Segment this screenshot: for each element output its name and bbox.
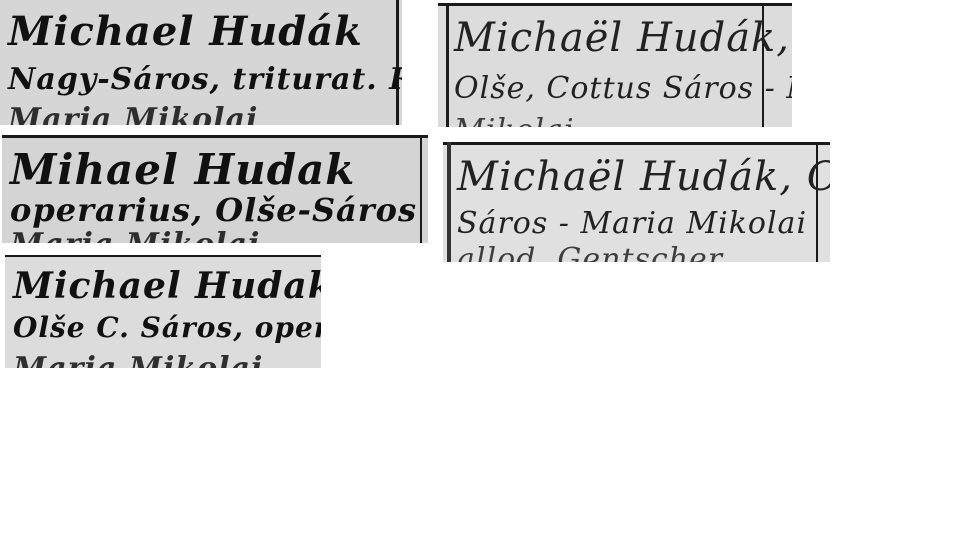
table-rule — [2, 135, 428, 138]
name-line: Michael Hudák — [8, 8, 363, 55]
place-line: Nagy-Sáros, triturat. Re — [8, 62, 402, 97]
table-rule — [443, 142, 830, 145]
partial-line: Maria Mikolai — [10, 227, 260, 243]
name-line: Mihael Hudak — [10, 145, 355, 194]
name-line: Michaël Hudák, Olše — [457, 154, 830, 200]
partial-line: Maria Mikolai — [8, 102, 258, 125]
register-snippet-2: Michaël Hudák, opera Olše, Cottus Sáros … — [438, 3, 792, 127]
place-line: Sáros - Maria Mikolai — [457, 206, 807, 241]
place-line: Olše C. Sáros, operar — [13, 311, 321, 344]
partial-line: Mikolai — [454, 113, 575, 127]
place-line: operarius, Olše-Sáros — [10, 191, 417, 229]
register-snippet-4: Michaël Hudák, Olše Sáros - Maria Mikola… — [443, 142, 830, 262]
place-line: Olše, Cottus Sáros - Maria — [454, 71, 792, 106]
table-rule — [447, 142, 451, 262]
table-rule — [446, 3, 449, 127]
partial-line: Maria Mikolai — [13, 351, 263, 368]
table-rule — [438, 3, 792, 6]
name-line: Michael Hudak — [13, 265, 321, 307]
name-line: Michaël Hudák, opera — [454, 15, 792, 61]
register-snippet-3: Mihael Hudak operarius, Olše-Sáros Maria… — [2, 135, 428, 243]
register-snippet-5: Michael Hudak Olše C. Sáros, operar Mari… — [5, 255, 321, 368]
register-snippet-1: Michael Hudák Nagy-Sáros, triturat. Re M… — [0, 0, 402, 125]
table-rule — [5, 255, 321, 257]
partial-line: allod. Gentscher ... — [457, 242, 765, 262]
table-rule — [420, 135, 422, 243]
